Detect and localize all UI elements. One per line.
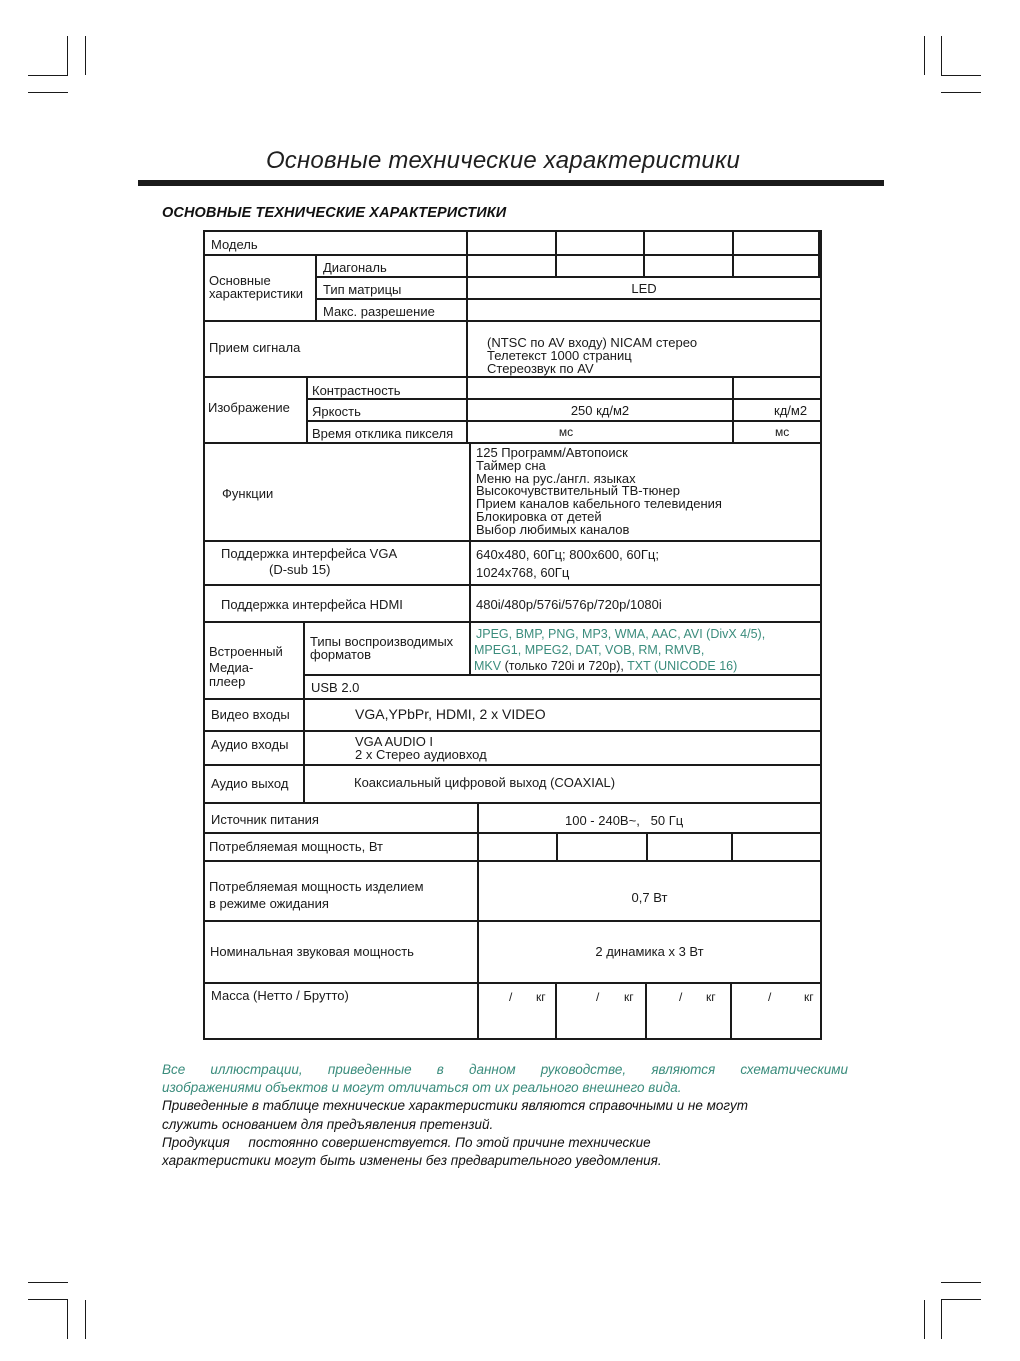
formats-line: JPEG, BMP, PNG, MP3, WMA, AAC, AVI (DivX…: [474, 627, 765, 641]
mass-slash: /: [679, 991, 682, 1004]
row-divider: [203, 730, 821, 732]
crop-mark: [941, 1299, 981, 1300]
crop-mark: [28, 75, 68, 76]
crop-mark: [67, 36, 68, 75]
mass-unit: кг: [624, 991, 634, 1004]
power-consumption-label: Потребляемая мощность, Вт: [209, 840, 383, 853]
col-divider: [730, 982, 732, 1040]
video-inputs-value: VGA,YPbPr, HDMI, 2 x VIDEO: [355, 708, 546, 721]
audio-inputs-value: VGA AUDIO I 2 x Стерео аудиовход: [355, 736, 487, 762]
crop-mark: [941, 75, 981, 76]
functions-label: Функции: [222, 487, 273, 500]
standby-label-line1: Потребляемая мощность изделием: [209, 880, 424, 893]
col-divider: [303, 621, 305, 803]
mass-unit: кг: [706, 991, 716, 1004]
crop-mark: [941, 1282, 981, 1283]
brightness-value: 250 кд/м2: [468, 404, 732, 417]
crop-mark: [941, 92, 981, 93]
power-source-label: Источник питания: [211, 813, 319, 826]
row-divider: [203, 764, 821, 766]
note-line: служить основанием для предъявления прет…: [162, 1116, 848, 1134]
row-divider: [315, 276, 821, 278]
function-item: Выбор любимых каналов: [476, 522, 629, 537]
vga-label-line1: Поддержка интерфейса VGA: [221, 547, 397, 560]
crop-mark: [28, 1282, 68, 1283]
audio-inputs-line: 2 x Стерео аудиовход: [355, 747, 487, 762]
contrast-label: Контрастность: [312, 384, 401, 397]
crop-mark: [924, 36, 925, 75]
row-divider: [203, 920, 821, 922]
note-line: Все иллюстрации, приведенные в данном ру…: [162, 1061, 848, 1079]
col-divider: [469, 621, 471, 675]
col-divider: [469, 442, 471, 586]
table-border: [818, 230, 821, 276]
mass-unit: кг: [536, 991, 546, 1004]
vga-label-line2: (D-sub 15): [269, 563, 330, 576]
row-divider: [203, 442, 821, 444]
section-heading: ОСНОВНЫЕ ТЕХНИЧЕСКИЕ ХАРАКТЕРИСТИКИ: [162, 205, 506, 221]
note-line: Приведенные в таблице технические характ…: [162, 1097, 848, 1115]
response-time-value-2: мс: [775, 426, 789, 439]
signal-label: Прием сигнала: [209, 341, 300, 354]
crop-mark: [28, 92, 68, 93]
col-divider: [466, 230, 468, 320]
note-line: характеристики могут быть изменены без п…: [162, 1152, 848, 1170]
signal-line: Стереозвук по AV: [487, 361, 594, 376]
mass-label: Масса (Нетто / Брутто): [211, 989, 349, 1002]
hdmi-label: Поддержка интерфейса HDMI: [221, 598, 403, 611]
crop-mark: [67, 1299, 68, 1339]
max-resolution-label: Макс. разрешение: [323, 305, 435, 318]
brightness-label: Яркость: [312, 405, 361, 418]
matrix-type-label: Тип матрицы: [323, 283, 401, 296]
col-divider: [466, 320, 468, 376]
vga-value-line1: 640x480, 60Гц; 800x600, 60Гц;: [476, 548, 659, 561]
col-divider: [315, 254, 317, 320]
standby-value: 0,7 Вт: [479, 891, 820, 904]
crop-mark: [941, 1299, 942, 1339]
col-divider: [306, 376, 308, 442]
signal-value: (NTSC по AV входу) NICAM стерео Телетекс…: [487, 337, 697, 375]
row-divider: [203, 376, 821, 378]
col-divider: [643, 230, 645, 276]
row-divider: [203, 802, 821, 804]
col-divider: [732, 230, 734, 276]
col-divider: [555, 230, 557, 276]
sound-power-value: 2 динамика x 3 Вт: [479, 945, 820, 958]
mass-slash: /: [768, 991, 771, 1004]
audio-output-value: Коаксиальный цифровой выход (COAXIAL): [354, 776, 615, 789]
audio-inputs-label: Аудио входы: [211, 738, 288, 751]
row-divider: [303, 674, 821, 676]
crop-mark: [924, 1300, 925, 1339]
row-divider: [203, 540, 821, 542]
table-border: [203, 230, 821, 232]
sound-power-label: Номинальная звуковая мощность: [210, 945, 414, 958]
row-divider: [203, 584, 821, 586]
row-divider: [306, 420, 821, 422]
formats-line: (только 720i и 720p),: [501, 659, 627, 673]
note-line: Продукция постоянно совершенствуется. По…: [162, 1134, 848, 1152]
usb-value: USB 2.0: [311, 681, 359, 694]
table-border: [203, 230, 205, 1040]
formats-line: TXT (UNICODE 16): [627, 659, 737, 673]
hdmi-value: 480i/480p/576i/576p/720p/1080i: [476, 598, 662, 611]
title-rule: [138, 180, 884, 186]
media-player-group-label: Встроенный Медиа- плеер: [209, 646, 283, 689]
page-title: Основные технические характеристики: [0, 147, 1006, 175]
basic-group-label: Основные характеристики: [209, 275, 303, 301]
row-divider: [203, 621, 821, 623]
response-time-label: Время отклика пикселя: [312, 427, 453, 440]
diagonal-label: Диагональ: [323, 261, 387, 274]
crop-mark: [85, 36, 86, 75]
col-divider: [469, 584, 471, 622]
illustration-note: Все иллюстрации, приведенные в данном ру…: [162, 1061, 848, 1097]
formats-line: MKV: [474, 659, 501, 673]
power-source-value: 100 - 240B~, 50 Гц: [565, 814, 683, 827]
col-divider: [645, 982, 647, 1040]
row-divider: [203, 698, 821, 700]
col-divider: [556, 832, 558, 860]
formats-value: JPEG, BMP, PNG, MP3, WMA, AAC, AVI (DivX…: [474, 626, 765, 674]
model-label: Модель: [211, 238, 258, 251]
row-divider: [306, 398, 821, 400]
mass-unit: кг: [804, 991, 814, 1004]
crop-mark: [941, 36, 942, 75]
formats-line: MPEG1, MPEG2, DAT, VOB, RM, RMVB,: [474, 643, 704, 657]
brightness-value-2: кд/м2: [774, 404, 807, 417]
table-border: [820, 230, 822, 1040]
row-divider: [203, 832, 821, 834]
crop-mark: [85, 1300, 86, 1339]
basic-group-label-line: характеристики: [209, 286, 303, 301]
formats-label: Типы воспроизводимых форматов: [310, 636, 453, 662]
row-divider: [203, 254, 821, 256]
col-divider: [646, 832, 648, 860]
media-player-label-line: плеер: [209, 674, 245, 689]
col-divider: [731, 832, 733, 860]
row-divider: [203, 320, 821, 322]
functions-list: 125 Программ/Автопоиск Таймер сна Меню н…: [476, 447, 722, 537]
matrix-type-value: LED: [468, 282, 820, 295]
image-group-label: Изображение: [208, 401, 290, 414]
response-time-value: мс: [468, 426, 664, 439]
crop-mark: [28, 1299, 68, 1300]
media-player-label-line: Встроенный: [209, 644, 283, 659]
col-divider: [732, 376, 734, 442]
note-line: изображениями объектов и могут отличатьс…: [162, 1079, 848, 1097]
row-divider: [203, 860, 821, 862]
mass-slash: /: [596, 991, 599, 1004]
row-divider: [315, 298, 821, 300]
disclaimer-notes: Все иллюстрации, приведенные в данном ру…: [162, 1061, 848, 1170]
standby-label-line2: в режиме ожидания: [209, 897, 329, 910]
formats-label-line: форматов: [310, 647, 371, 662]
col-divider: [555, 982, 557, 1040]
video-inputs-label: Видео входы: [211, 708, 290, 721]
vga-value-line2: 1024x768, 60Гц: [476, 566, 569, 579]
mass-slash: /: [509, 991, 512, 1004]
audio-output-label: Аудио выход: [211, 777, 288, 790]
